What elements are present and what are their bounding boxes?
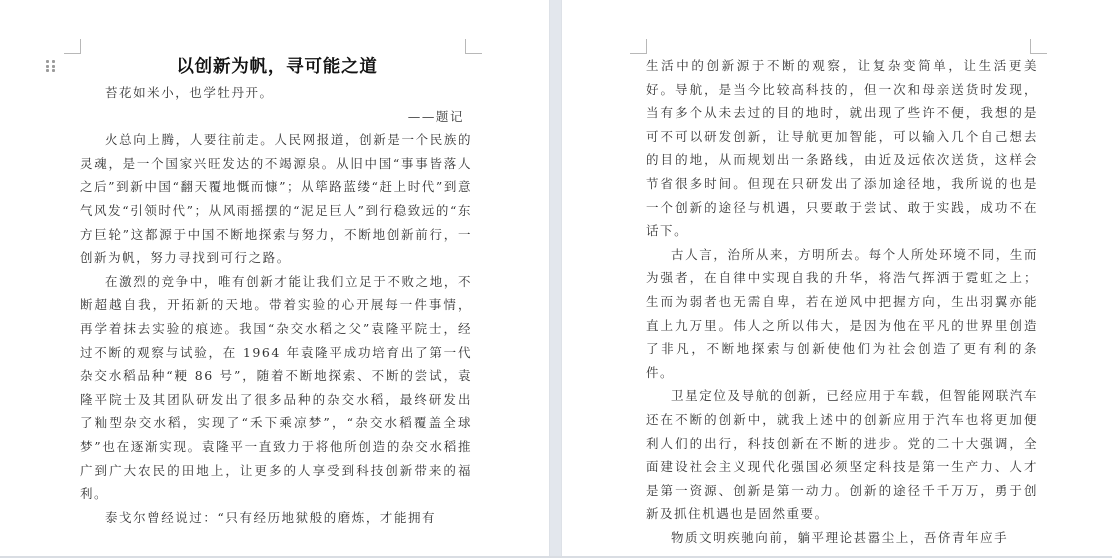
paragraph: 生活中的创新源于不断的观察，让复杂变简单，让生活更美好。导航，是当今比较高科技的… [646, 54, 1038, 243]
epigraph-attribution: ——题记 [80, 105, 472, 129]
paragraph: 泰戈尔曾经说过：“只有经历地狱般的磨炼，才能拥有 [80, 506, 472, 530]
document-page-2: 生活中的创新源于不断的观察，让复杂变简单，让生活更美好。导航，是当今比较高科技的… [562, 0, 1112, 558]
epigraph: 苔花如米小，也学牡丹开。 [80, 81, 472, 105]
paragraph: 古人言，治所从来，方明所去。每个人所处环境不同，生而为强者，在自律中实现自我的升… [646, 243, 1038, 385]
paragraph: 火总向上腾，人要往前走。人民网报道，创新是一个民族的灵魂，是一个国家兴旺发达的不… [80, 128, 472, 270]
paragraph: 在激烈的竞争中，唯有创新才能让我们立足于不败之地，不断超越自我，开拓新的天地。带… [80, 270, 472, 506]
paragraph: 物质文明疾驰向前，躺平理论甚嚣尘上，吾侪青年应手 [646, 526, 1038, 550]
document-page-1: 以创新为帆，寻可能之道 苔花如米小，也学牡丹开。 ——题记 火总向上腾，人要往前… [0, 0, 549, 558]
document-title: 以创新为帆，寻可能之道 [80, 56, 472, 78]
paragraph-drag-handle-icon[interactable] [46, 60, 56, 72]
margin-corner-top-left [630, 39, 647, 54]
page-2-body[interactable]: 生活中的创新源于不断的观察，让复杂变简单，让生活更美好。导航，是当今比较高科技的… [646, 54, 1038, 549]
paragraph: 卫星定位及导航的创新，已经应用于车载，但智能网联汽车还在不断的创新中，就我上述中… [646, 384, 1038, 526]
page-gap [549, 0, 562, 558]
margin-corner-top-right [465, 39, 482, 54]
margin-corner-top-left [64, 39, 81, 54]
margin-corner-top-right [1030, 39, 1047, 54]
page-1-body[interactable]: 以创新为帆，寻可能之道 苔花如米小，也学牡丹开。 ——题记 火总向上腾，人要往前… [80, 56, 472, 529]
